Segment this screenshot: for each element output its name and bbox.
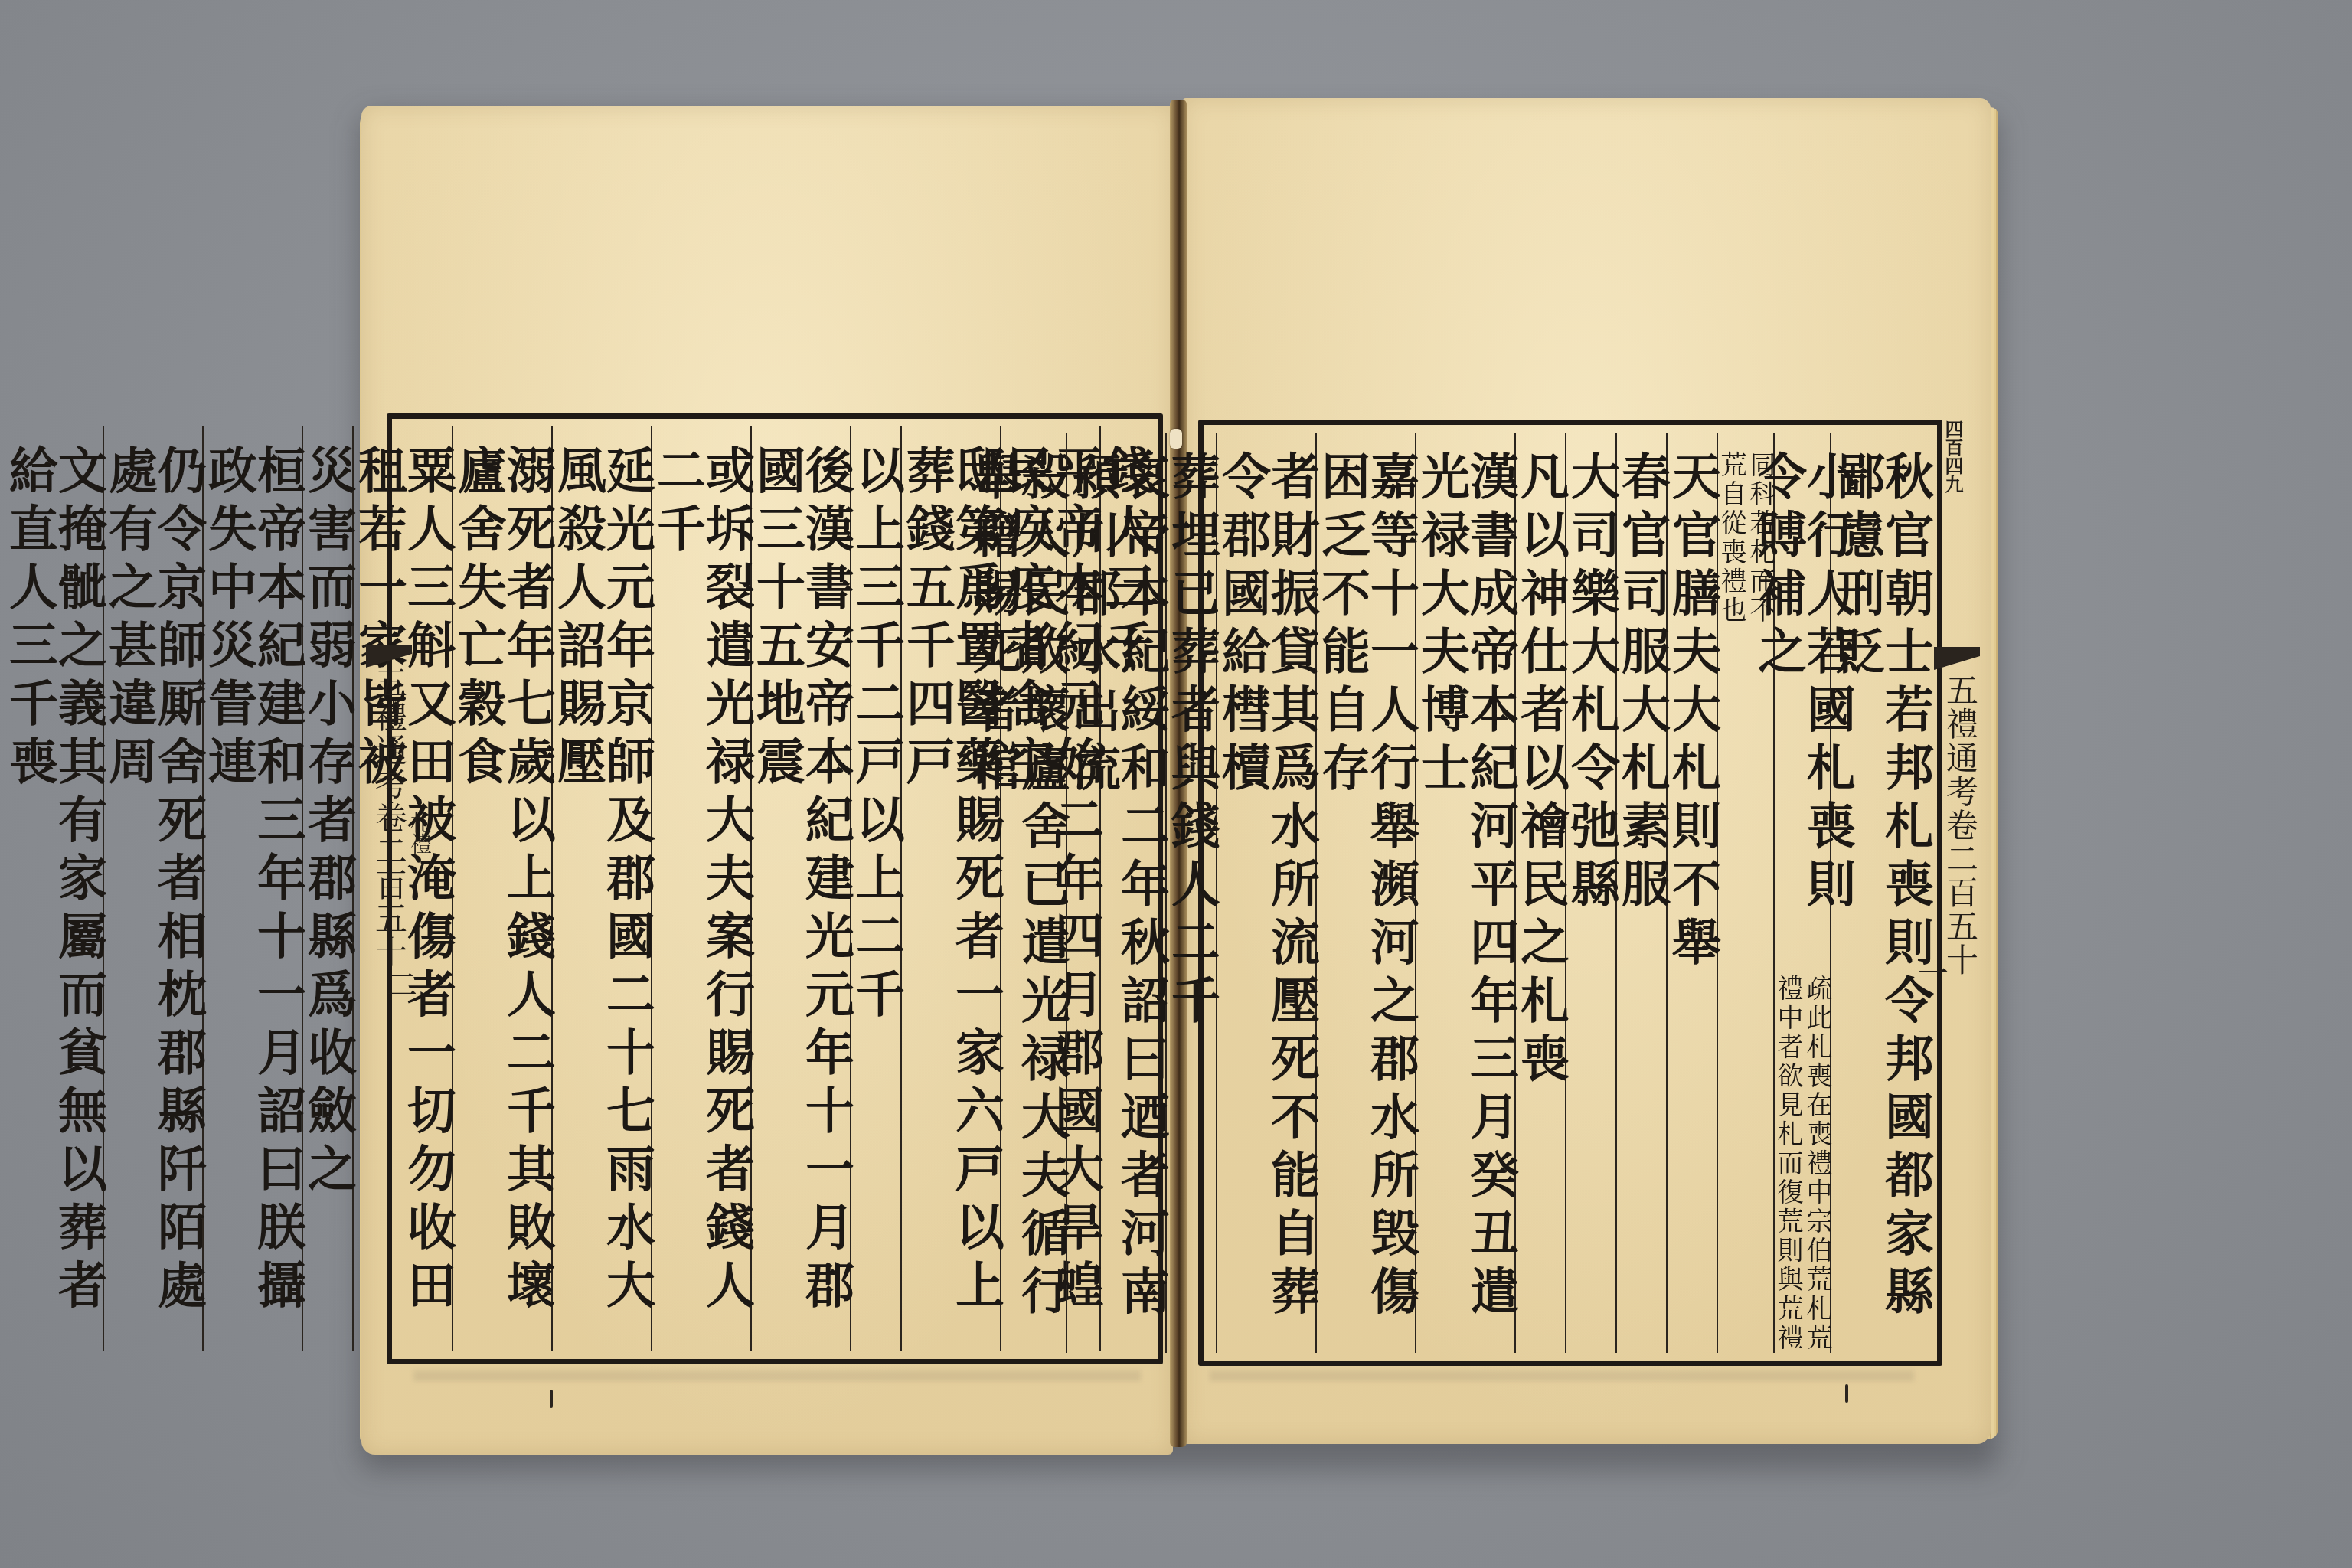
column-text: 災害而弱小存者郡縣爲收斂之: [303, 445, 352, 1201]
right-page-number: 四百四九: [1939, 420, 1966, 493]
right-text-frame: 秋官朝士若邦札喪則令邦國都家縣鄙慮刑貶 小行人若國札喪則令賻補之 疏此札喪在喪禮…: [1198, 420, 1942, 1366]
right-columns: 秋官朝士若邦札喪則令邦國都家縣鄙慮刑貶 小行人若國札喪則令賻補之 疏此札喪在喪禮…: [1211, 433, 1929, 1353]
column-text: 凡以神仕者以禬民之札喪: [1516, 451, 1565, 1091]
note-line: 荒自從喪禮也: [1718, 451, 1744, 1353]
column-text: 殺人民敗壞廬舍已遣光禄大夫循行舉籍賜死者棺: [968, 451, 1066, 1353]
column-text: 仍令京師厮舍死者相枕郡縣阡陌處處有之甚違周: [104, 445, 202, 1351]
column-text: 葬埋已葬者與錢人二千: [1167, 451, 1216, 1033]
column-text: 以上三千二戸以上二千: [851, 445, 900, 1027]
text-column: 以上三千二戸以上二千: [850, 426, 900, 1351]
text-column: 哀帝本紀綏和二年秋詔曰迺者河南潁川郡水出流: [1066, 433, 1165, 1353]
text-column: 大司樂大札令弛縣: [1565, 433, 1615, 1353]
text-column: 葬埋已葬者與錢人二千: [1165, 433, 1216, 1353]
column-text: 天官膳夫大札則不舉: [1668, 451, 1717, 975]
text-column: 者財振貸其爲水所流壓死不能自葬令郡國給槥櫝: [1216, 433, 1315, 1353]
text-column: 小行人若國札喪則令賻補之 疏此札喪在喪禮中宗伯荒札荒 禮中者欲見札而復荒則與荒禮: [1773, 433, 1830, 1353]
text-column: 仍令京師厮舍死者相枕郡縣阡陌處處有之甚違周: [103, 426, 202, 1351]
text-column: 凡以神仕者以禬民之札喪: [1514, 433, 1565, 1353]
column-text: 漢書成帝本紀河平四年三月癸丑遣光禄大夫博士: [1416, 451, 1514, 1353]
left-leaf-number: 二: [387, 961, 417, 1004]
text-column: 漢書成帝本紀河平四年三月癸丑遣光禄大夫博士: [1415, 433, 1514, 1353]
column-text: 者財振貸其爲水所流壓死不能自葬令郡國給槥櫝: [1217, 451, 1315, 1353]
text-column: 或坼裂遣光禄大夫案行賜死者錢人二千: [651, 426, 750, 1351]
right-fold-title: 五禮通考卷二百五十: [1937, 674, 1983, 977]
commentary-note: 疏此札喪在喪禮中宗伯荒札荒 禮中者欲見札而復荒則與荒禮: [1775, 975, 1830, 1353]
column-text: 或坼裂遣光禄大夫案行賜死者錢人二千: [652, 445, 750, 1351]
left-fold-section: 札禮: [404, 812, 435, 854]
column-text: 文掩骴之義其有家屬而貧無以葬者給直人三千喪: [5, 445, 103, 1351]
text-column: 延光元年京師及郡國二十七雨水大風殺人詔賜壓: [551, 426, 651, 1351]
commentary-column: 同科若札而不 荒自從喪禮也: [1717, 433, 1773, 1353]
ink-speck: [550, 1390, 553, 1408]
column-text: 溺死者年七歲以上錢人二千其敗壞廬舍失亡穀食: [453, 445, 551, 1351]
ink-bleed: [413, 1370, 1141, 1381]
text-column: 天官膳夫大札則不舉: [1666, 433, 1717, 1353]
text-column: 殺人民敗壞廬舍已遣光禄大夫循行舉籍賜死者棺: [968, 433, 1066, 1353]
text-column: 嘉等十一人行舉瀕河之郡水所毁傷困乏不能自存: [1315, 433, 1415, 1353]
text-column: 溺死者年七歲以上錢人二千其敗壞廬舍失亡穀食: [452, 426, 551, 1351]
text-column: 後漢書安帝本紀建光元年十一月郡國三十五地震: [750, 426, 850, 1351]
ink-speck: [1845, 1384, 1848, 1403]
text-column: 文掩骴之義其有家屬而貧無以葬者給直人三千喪: [5, 426, 103, 1351]
text-column: 災害而弱小存者郡縣爲收斂之: [302, 426, 352, 1351]
note-line: 疏此札喪在喪禮中宗伯荒札荒: [1804, 975, 1830, 1353]
column-text: 延光元年京師及郡國二十七雨水大風殺人詔賜壓: [553, 445, 651, 1351]
column-text: 後漢書安帝本紀建光元年十一月郡國三十五地震: [752, 445, 850, 1351]
text-column: 桓帝本紀建和三年十一月詔曰朕攝政失中災眚連: [202, 426, 302, 1351]
ink-bleed: [1210, 1370, 1914, 1381]
column-text: 桓帝本紀建和三年十一月詔曰朕攝政失中災眚連: [204, 445, 302, 1351]
right-leaf-number: 一: [1918, 949, 1949, 993]
column-text: 大司樂大札令弛縣: [1566, 451, 1615, 916]
column-text: 嘉等十一人行舉瀕河之郡水所毁傷困乏不能自存: [1317, 451, 1415, 1353]
note-line: 禮中者欲見札而復荒則與荒禮: [1775, 975, 1801, 1353]
column-text: 哀帝本紀綏和二年秋詔曰迺者河南潁川郡水出流: [1067, 451, 1165, 1353]
note-line: 同科若札而不: [1747, 451, 1773, 1353]
text-column: 春官司服大札素服: [1615, 433, 1666, 1353]
column-text: 春官司服大札素服: [1617, 451, 1666, 916]
